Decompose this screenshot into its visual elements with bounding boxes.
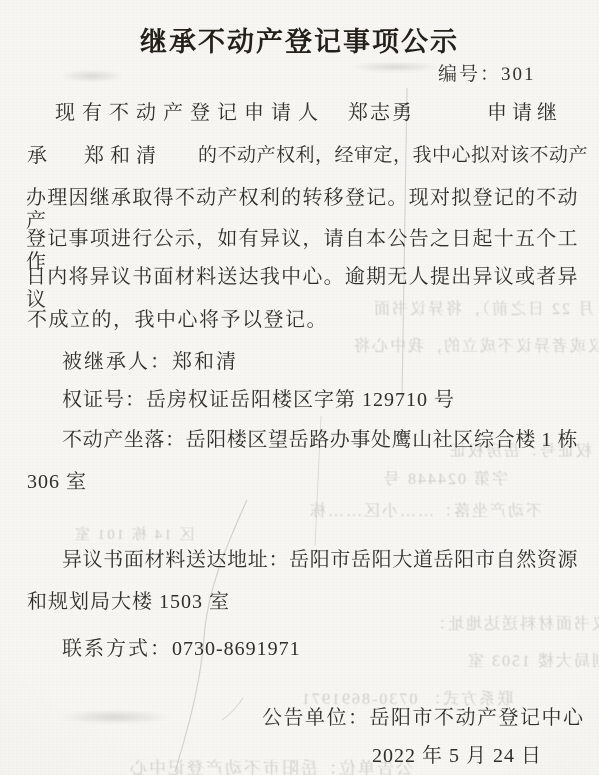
body-line-1-text: 现有不动产登记申请人: [55, 102, 325, 125]
property-location-line-2: 306 室: [27, 471, 87, 494]
contact-phone: 0730-8691971: [172, 638, 301, 661]
body-line-1-tail: 申请继: [487, 102, 562, 125]
bleedthrough-text: 和规划局大楼 1503 室: [466, 648, 599, 671]
body-line-6: 不成立的，我中心将予以登记。: [27, 309, 328, 332]
scan-smudge: [60, 710, 170, 724]
property-location-line-1: 不动产坐落：岳阳楼区望岳路办事处鹰山社区综合楼 1 栋: [62, 429, 578, 452]
scan-smudge: [60, 70, 124, 82]
date-line: 2022 年 5 月 24 日: [372, 745, 542, 768]
scan-smudge: [350, 62, 440, 72]
bleedthrough-text: 联系方式： 0730-8691971: [300, 686, 513, 709]
certificate-number-line: 权证号：岳房权证岳阳楼区字第 129710 号: [62, 389, 455, 412]
bleedthrough-text: 区 14 栋 101 室: [73, 523, 195, 544]
doc-number: 编号：301: [438, 59, 536, 86]
applicant-name: 郑志勇: [348, 102, 414, 125]
objection-address-line-2: 和规划局大楼 1503 室: [27, 591, 230, 614]
notice-title: 继承不动产登记事项公示: [0, 20, 599, 59]
bleedthrough-text: 不动产坐落：……小区……栋: [308, 498, 542, 521]
bleedthrough-text: 异议或者异议不成立的，我中心将: [352, 333, 599, 356]
contact-label: 联系方式：: [62, 638, 172, 661]
body-line-5: 日内将异议书面材料送达我中心。逾期无人提出异议或者异议: [26, 266, 578, 312]
objection-address-line-1: 异议书面材料送达地址：岳阳市岳阳大道岳阳市自然资源: [62, 549, 578, 572]
issuer-line: 公告单位：岳阳市不动产登记中心: [262, 707, 585, 730]
body-line-2-tail: 的不动产权利，经审定，我中心拟对该不动产: [198, 145, 576, 167]
bleedthrough-text: 公告单位：岳阳市不动产登记中心: [128, 754, 413, 775]
body-line-2-text: 承: [27, 145, 48, 168]
decedent-line: 被继承人：郑和清: [62, 351, 238, 374]
decedent-name-inline: 郑和清: [84, 145, 162, 168]
scanned-notice-page: 年 6 月 22 日之前），将异议书面 异议或者异议不成立的，我中心将 权证号：…: [0, 0, 599, 775]
bleedthrough-text: 字第 024448 号: [382, 466, 508, 489]
bleedthrough-text: 异议书面材料送达地址：: [428, 611, 599, 634]
body-line-3: 办理因继承取得不动产权利的转移登记。现对拟登记的不动产: [26, 187, 578, 233]
